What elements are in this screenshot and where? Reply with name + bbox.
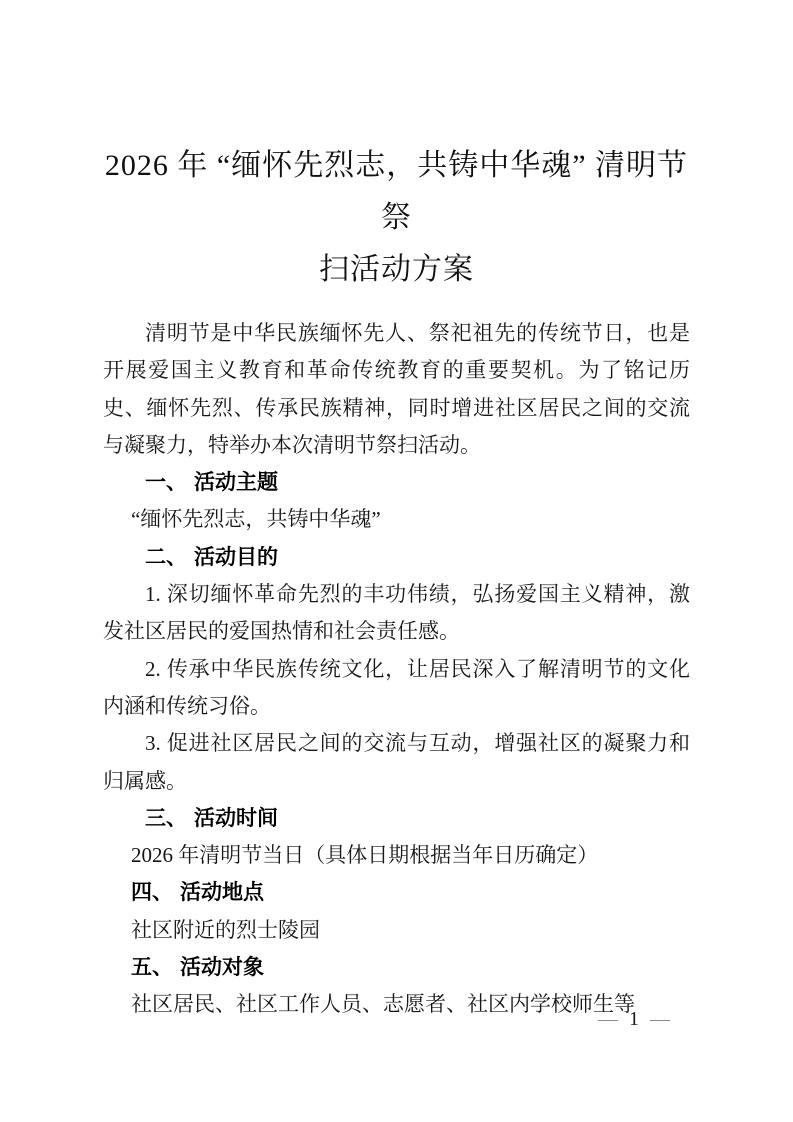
section-heading-participants: 五、活动对象 [103, 949, 690, 986]
footer-dash-right: — [650, 1007, 670, 1031]
section-heading-theme: 一、活动主题 [103, 464, 690, 501]
section-title: 活动地点 [180, 881, 264, 904]
section-title: 活动时间 [194, 807, 278, 830]
purpose-item-1: 1. 深切缅怀革命先烈的丰功伟绩，弘扬爱国主义精神，激发社区居民的爱国热情和社会… [103, 576, 690, 651]
document-title-line-2: 扫活动方案 [103, 244, 690, 296]
section-number: 一、 [145, 471, 187, 494]
theme-quote-paragraph: “缅怀先烈志，共铸中华魂” [103, 501, 690, 538]
page-number: 1 [629, 1007, 639, 1031]
section-heading-location: 四、活动地点 [103, 874, 690, 911]
location-paragraph: 社区附近的烈士陵园 [103, 912, 690, 949]
section-title: 活动主题 [194, 471, 278, 494]
section-number: 四、 [131, 881, 173, 904]
purpose-item-3: 3. 促进社区居民之间的交流与互动，增强社区的凝聚力和归属感。 [103, 725, 690, 800]
document-page: 2026 年 “缅怀先烈志，共铸中华魂” 清明节祭 扫活动方案 清明节是中华民族… [0, 0, 793, 1122]
footer-dash-left: — [598, 1007, 618, 1031]
document-body: 清明节是中华民族缅怀先人、祭祀祖先的传统节日，也是开展爱国主义教育和革命传统教育… [103, 315, 690, 1024]
purpose-item-2: 2. 传承中华民族传统文化，让居民深入了解清明节的文化内涵和传统习俗。 [103, 651, 690, 726]
section-heading-time: 三、活动时间 [103, 800, 690, 837]
section-heading-purpose: 二、活动目的 [103, 539, 690, 576]
intro-paragraph: 清明节是中华民族缅怀先人、祭祀祖先的传统节日，也是开展爱国主义教育和革命传统教育… [103, 315, 690, 464]
document-content: 2026 年 “缅怀先烈志，共铸中华魂” 清明节祭 扫活动方案 清明节是中华民族… [103, 140, 690, 1024]
section-title: 活动目的 [194, 546, 278, 569]
document-title-line-1: 2026 年 “缅怀先烈志，共铸中华魂” 清明节祭 [103, 140, 690, 244]
page-footer: — 1 — [598, 1007, 670, 1031]
section-number: 三、 [145, 807, 187, 830]
section-number: 五、 [131, 956, 173, 979]
section-number: 二、 [145, 546, 187, 569]
document-title: 2026 年 “缅怀先烈志，共铸中华魂” 清明节祭 扫活动方案 [103, 140, 690, 296]
section-title: 活动对象 [180, 956, 264, 979]
time-paragraph: 2026 年清明节当日（具体日期根据当年日历确定） [103, 837, 690, 874]
